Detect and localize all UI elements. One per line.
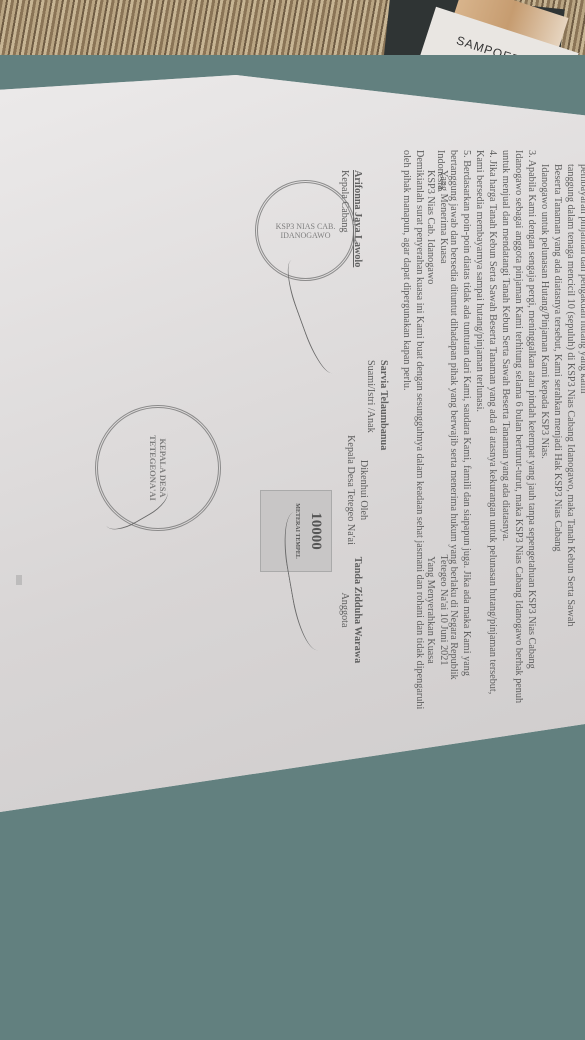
paper-mark: [16, 575, 22, 585]
list-item: 4. Jika harga Tanah Kebun Serta Sawah Be…: [473, 150, 499, 710]
intro-line: Idanogawo untuk pelunasan Hutang/Pinjama…: [538, 164, 551, 710]
item-number: 4.: [487, 150, 498, 158]
receiver-name: Arifonna Jaya Lawolo: [351, 170, 364, 350]
intro-line: Beserta Tanaman yang ada diatasnya terse…: [551, 164, 564, 710]
receiver-signature-block: Yang Menerima Kuasa KSP3 Nias Cab. Idano…: [338, 170, 450, 350]
village-title: Kepala Desa Tetegeo Na'ai: [344, 410, 357, 570]
spouse-name: Sarvia Telaumbanua: [377, 360, 390, 520]
stamp-text: KSP3 NIAS CAB. IDANOGAWO: [258, 222, 353, 240]
item-number: 3.: [526, 150, 537, 158]
item-text: Apabila Kami dengan sengaja pergi, menin…: [500, 150, 537, 703]
intro-line: tanggung dalam tenaga mencicil 10 (sepul…: [564, 164, 577, 710]
giver-label: Yang Menyerahkan Kuasa: [424, 510, 437, 710]
intro-paragraph: pembayaran pinjaman dan pengakuan hutang…: [538, 150, 585, 710]
receiver-label: Yang Menerima Kuasa: [437, 170, 450, 350]
document-text: pembayaran pinjaman dan pengakuan hutang…: [330, 150, 585, 710]
village-label: Dikenhui Oleh: [357, 410, 370, 570]
receiver-org: KSP3 Nias Cab. Idanogawo: [424, 170, 437, 350]
item-number: 5.: [461, 150, 472, 158]
list-item: 3. Apabila Kami dengan sengaja pergi, me…: [499, 150, 538, 710]
place-date: Tetegeo Na'ai 10 Juni 2021: [437, 510, 450, 710]
item-text: Jika harga Tanah Kebun Serta Sawah Beser…: [474, 150, 498, 694]
village-head-block: Dikenhui Oleh Kepala Desa Tetegeo Na'ai: [344, 410, 370, 570]
intro-line: pembayaran pinjaman dan pengakuan hutang…: [577, 164, 585, 710]
